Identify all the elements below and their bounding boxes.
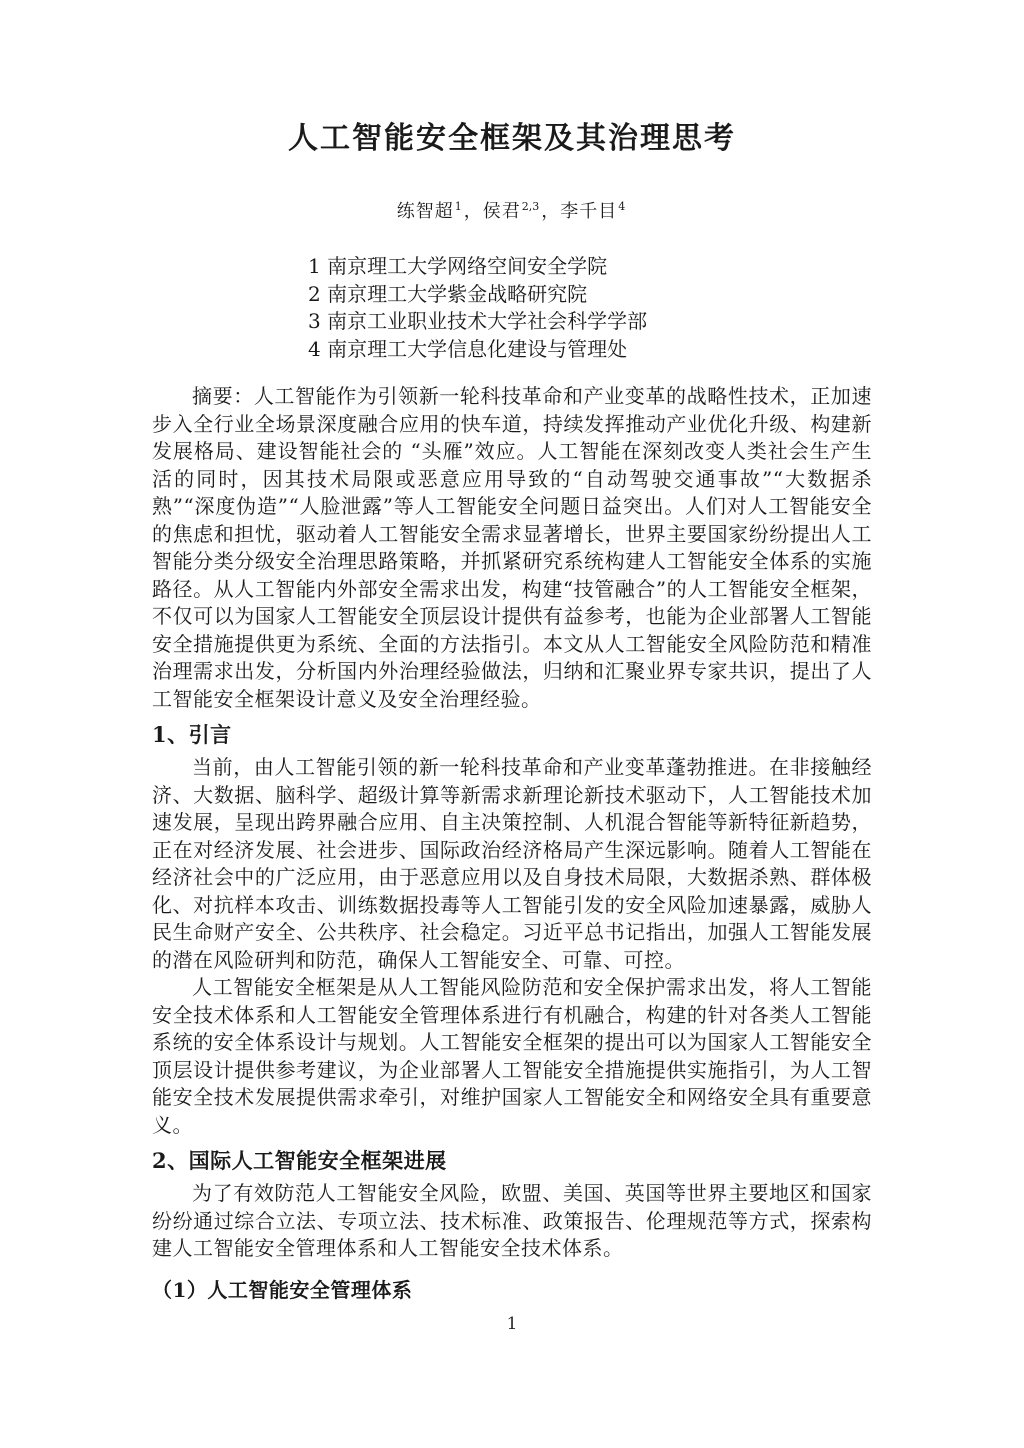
affiliation-list: 1 南京理工大学网络空间安全学院 2 南京理工大学紫金战略研究院 3 南京工业职… xyxy=(152,253,872,363)
body-paragraph: 当前，由人工智能引领的新一轮科技革命和产业变革蓬勃推进。在非接触经济、大数据、脑… xyxy=(152,754,872,974)
section-heading-introduction: 1、引言 xyxy=(152,720,872,750)
affiliation-line: 2 南京理工大学紫金战略研究院 xyxy=(308,281,872,309)
author-line: 练智超1，侯君2,3，李千目4 xyxy=(152,194,872,225)
author-affiliation-ref: 4 xyxy=(618,200,625,213)
subsection-heading-management-system: （1）人工智能安全管理体系 xyxy=(152,1276,872,1304)
affiliation-line: 1 南京理工大学网络空间安全学院 xyxy=(308,253,872,281)
author-affiliation-ref: 2,3 xyxy=(522,200,540,213)
paper-title: 人工智能安全框架及其治理思考 xyxy=(152,118,872,160)
author-name: 练智超 xyxy=(397,201,454,222)
author-name: 侯君 xyxy=(483,201,521,222)
document-page: 人工智能安全框架及其治理思考 练智超1，侯君2,3，李千目4 1 南京理工大学网… xyxy=(0,0,1024,1448)
author-name: 李千目 xyxy=(560,201,617,222)
body-paragraph: 为了有效防范人工智能安全风险，欧盟、美国、英国等世界主要地区和国家纷纷通过综合立… xyxy=(152,1180,872,1263)
affiliation-line: 3 南京工业职业技术大学社会科学学部 xyxy=(308,308,872,336)
author-separator: ， xyxy=(541,201,560,222)
author-affiliation-ref: 1 xyxy=(455,200,462,213)
page-number: 1 xyxy=(0,1314,1024,1334)
author-separator: ， xyxy=(464,201,483,222)
affiliation-line: 4 南京理工大学信息化建设与管理处 xyxy=(308,336,872,364)
section-heading-international-progress: 2、国际人工智能安全框架进展 xyxy=(152,1146,872,1176)
body-paragraph: 人工智能安全框架是从人工智能风险防范和安全保护需求出发，将人工智能安全技术体系和… xyxy=(152,974,872,1139)
abstract-paragraph: 摘要：人工智能作为引领新一轮科技革命和产业变革的战略性技术，正加速步入全行业全场… xyxy=(152,383,872,713)
